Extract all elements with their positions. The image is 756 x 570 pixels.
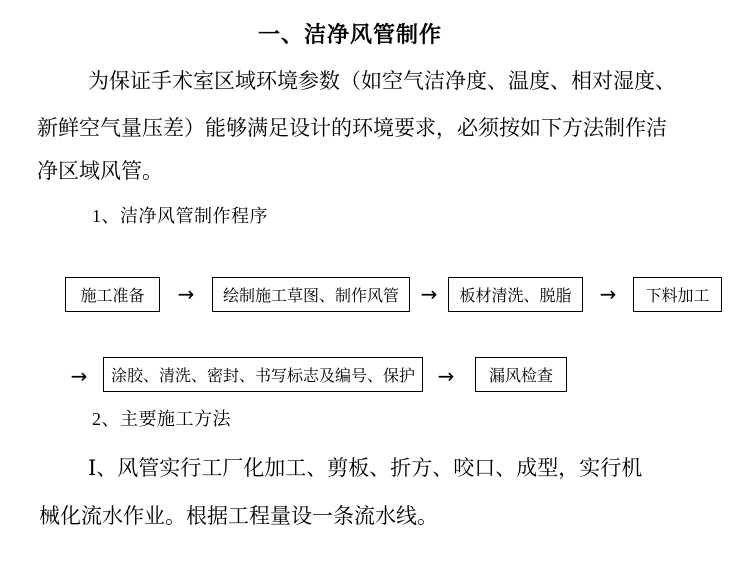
section-2-heading: 2、主要施工方法 — [92, 410, 231, 428]
flow-box-sheet-cleaning-degrease: 板材清洗、脱脂 — [448, 277, 583, 312]
arrow-right-icon: → — [414, 277, 444, 312]
arrow-right-icon: → — [431, 359, 461, 394]
intro-paragraph-line-1: 为保证手术室区域环境参数（如空气洁净度、温度、相对湿度、 — [88, 71, 676, 92]
method-paragraph-line-1: Ⅰ、风管实行工厂化加工、剪板、折方、咬口、成型，实行机 — [88, 458, 642, 479]
section-1-heading: 1、洁净风管制作程序 — [92, 207, 268, 225]
intro-paragraph-line-2: 新鲜空气量压差）能够满足设计的环境要求，必须按如下方法制作洁 — [37, 118, 667, 139]
flow-box-construction-prep: 施工准备 — [65, 277, 160, 312]
flow-box-blanking-processing: 下料加工 — [633, 277, 722, 312]
page-title: 一、洁净风管制作 — [0, 22, 700, 48]
arrow-right-icon: → — [171, 277, 201, 312]
arrow-right-icon: → — [593, 277, 623, 312]
method-paragraph-line-2: 械化流水作业。根据工程量设一条流水线。 — [39, 506, 438, 527]
flow-box-glue-clean-seal-mark-protect: 涂胶、清洗、密封、书写标志及编号、保护 — [103, 357, 423, 392]
arrow-right-icon: → — [64, 359, 94, 394]
flow-box-draw-sketch-make-duct: 绘制施工草图、制作风管 — [212, 277, 410, 312]
flow-box-leak-check: 漏风检查 — [475, 357, 567, 392]
intro-paragraph-line-3: 净区域风管。 — [37, 161, 163, 182]
document-page: 一、洁净风管制作 为保证手术室区域环境参数（如空气洁净度、温度、相对湿度、 新鲜… — [0, 0, 756, 570]
